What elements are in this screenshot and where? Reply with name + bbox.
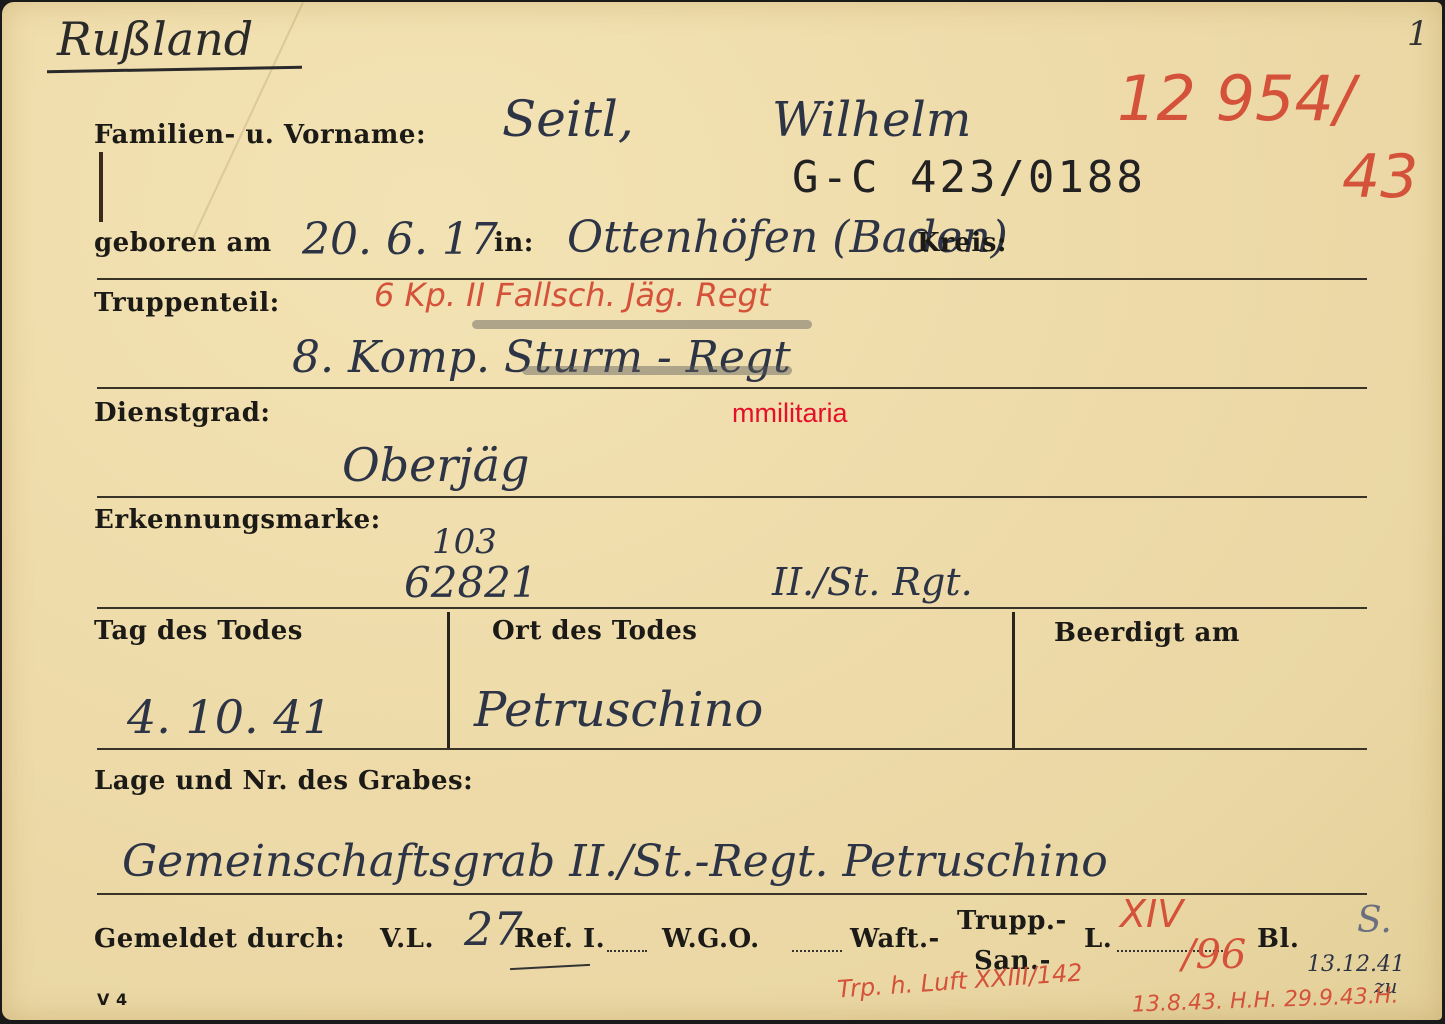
name-label: Familien- u. Vorname: <box>94 120 426 150</box>
dotted-fill <box>792 950 842 952</box>
ref-underline <box>510 964 590 970</box>
ref-label: Ref. I. <box>514 924 605 954</box>
column-divider <box>447 612 450 748</box>
red-note: Trp. h. Luft XXIII/142 <box>836 958 1083 1003</box>
rank-value: Oberjäg <box>342 438 530 492</box>
column-divider <box>1012 612 1015 748</box>
rank-line <box>97 496 1367 498</box>
birth-in-label: in: <box>494 228 534 258</box>
dotted-fill <box>607 950 647 952</box>
id-tag-top: 103 <box>432 522 497 562</box>
death-place: Petruschino <box>474 682 763 738</box>
given-name: Wilhelm <box>772 92 971 148</box>
death-date-label: Tag des Todes <box>94 616 303 646</box>
unit-line <box>97 387 1367 389</box>
unit-red-correction: 6 Kp. II Fallsch. Jäg. Regt <box>374 276 770 314</box>
id-tag-number: 62821 <box>404 558 538 607</box>
unit-original: 8. Komp. Sturm - Regt <box>292 332 791 383</box>
id-tag-label: Erkennungsmarke: <box>94 505 381 535</box>
death-place-label: Ort des Todes <box>492 616 697 646</box>
red-file-number: 12 954/ <box>1117 62 1355 135</box>
watermark: mmilitaria <box>732 398 848 429</box>
grave-label: Lage und Nr. des Grabes: <box>94 766 473 796</box>
trupp-label: Trupp.- <box>957 906 1067 936</box>
l-label: L. <box>1084 924 1112 954</box>
bl-label: Bl. <box>1257 924 1299 954</box>
form-code: V 4 <box>97 990 128 1009</box>
birth-label: geboren am <box>94 228 272 258</box>
death-line <box>97 748 1367 750</box>
kreis-label: Kreis: <box>917 228 1007 258</box>
reported-label: Gemeldet durch: <box>94 924 345 954</box>
vl-label: V.L. <box>380 924 434 954</box>
strikethrough-mark <box>472 320 812 329</box>
rank-label: Dienstgrad: <box>94 398 271 428</box>
l-slash-value: /96 <box>1182 932 1246 978</box>
unit-label: Truppenteil: <box>94 288 280 318</box>
birth-date: 20. 6. 17 <box>302 214 498 265</box>
ink-mark <box>99 152 103 222</box>
wgo-label: W.G.O. <box>662 924 760 954</box>
surname: Seitl, <box>502 90 634 148</box>
waft-label: Waft.- <box>850 924 940 954</box>
l-value: XIV <box>1120 892 1183 936</box>
id-tag-line <box>97 607 1367 609</box>
heading-underline <box>47 66 302 73</box>
red-file-year: 43 <box>1342 142 1418 212</box>
grave-value: Gemeinschaftsgrab II./St.-Regt. Petrusch… <box>122 836 1108 887</box>
country-heading: Rußland <box>57 12 253 66</box>
corner-number: 1 <box>1407 14 1429 54</box>
bl-initial: S. <box>1357 900 1392 941</box>
strikethrough-mark <box>522 366 792 375</box>
red-dates: 13.8.43. H.H. 29.9.43.H. <box>1132 983 1399 1017</box>
grave-record-card: Rußland 1 Familien- u. Vorname: Seitl, W… <box>2 2 1442 1020</box>
buried-label: Beerdigt am <box>1054 618 1240 648</box>
id-tag-unit: II./St. Rgt. <box>772 560 973 604</box>
death-date: 4. 10. 41 <box>127 690 332 744</box>
archive-stamp-number: G-C 423/0188 <box>792 152 1146 203</box>
